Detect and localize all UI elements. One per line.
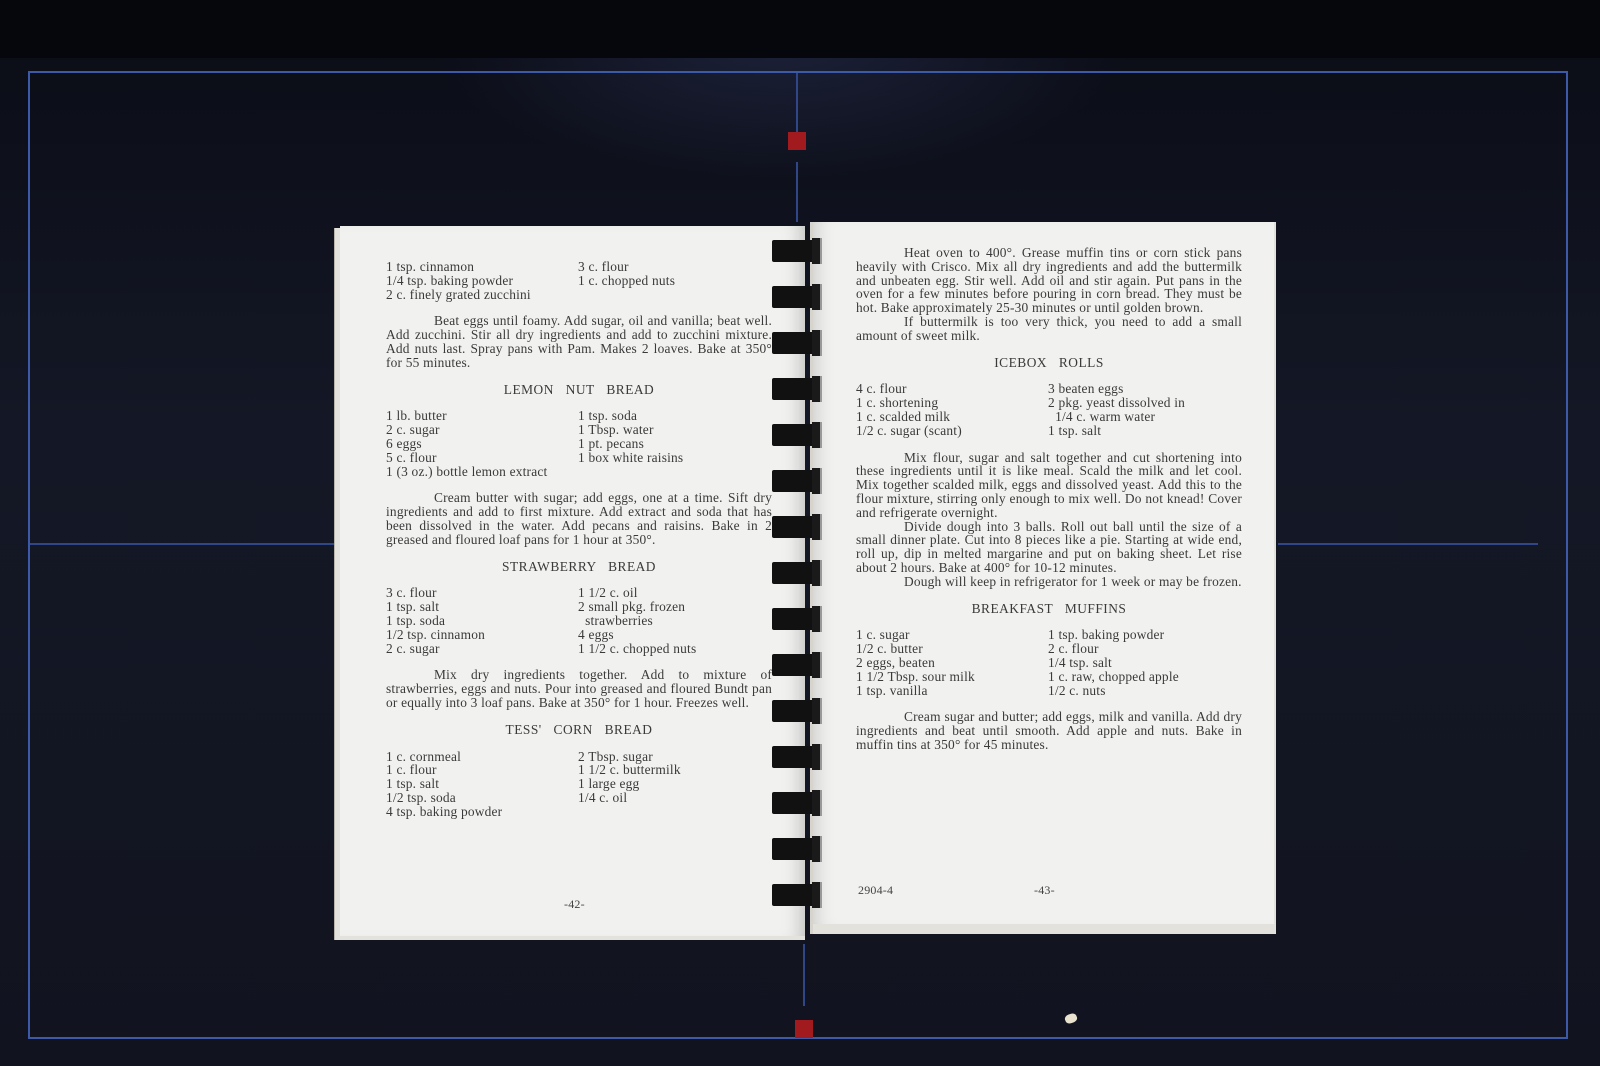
directions: Heat oven to 400°. Grease muffin tins or…	[856, 246, 1242, 315]
ingredients-list: 1 lb. butter 1 tsp. soda 2 c. sugar 1 Tb…	[386, 409, 772, 478]
ingredient: 1/2 c. nuts	[1048, 684, 1242, 698]
crosshair-bottom	[803, 944, 805, 1006]
ingredient: 1 tsp. salt	[1048, 424, 1242, 438]
ingredient: 1/4 c. warm water	[1048, 410, 1242, 424]
ingredient: 5 c. flour	[386, 451, 578, 465]
binding-coil	[772, 514, 826, 540]
right-page: Heat oven to 400°. Grease muffin tins or…	[812, 222, 1274, 924]
ingredient: 2 eggs, beaten	[856, 656, 1048, 670]
binding-coil	[772, 422, 826, 448]
ingredient	[578, 288, 772, 302]
ingredient: 3 beaten eggs	[1048, 382, 1242, 396]
directions: Dough will keep in refrigerator for 1 we…	[856, 575, 1242, 589]
ingredient: 1 (3 oz.) bottle lemon extract	[386, 465, 578, 479]
print-code: 2904-4	[858, 884, 893, 898]
ingredient: 1 tsp. salt	[386, 777, 578, 791]
directions: Beat eggs until foamy. Add sugar, oil an…	[386, 314, 772, 369]
ingredient: 2 c. sugar	[386, 423, 578, 437]
binding-coil	[772, 238, 826, 264]
ingredient: 1 Tbsp. water	[578, 423, 772, 437]
directions: Divide dough into 3 balls. Roll out ball…	[856, 520, 1242, 575]
ingredient: 6 eggs	[386, 437, 578, 451]
directions: Cream butter with sugar; add eggs, one a…	[386, 491, 772, 546]
crosshair-top-lower	[796, 162, 798, 222]
ingredient: 1 box white raisins	[578, 451, 772, 465]
recipe-title: BREAKFAST MUFFINS	[856, 602, 1242, 616]
left-page: 1 tsp. cinnamon 3 c. flour 1/4 tsp. baki…	[340, 226, 805, 936]
ingredient: 1/2 c. butter	[856, 642, 1048, 656]
ingredient: 1 1/2 c. chopped nuts	[578, 642, 772, 656]
ingredient: 1 c. scalded milk	[856, 410, 1048, 424]
directions: Cream sugar and butter; add eggs, milk a…	[856, 710, 1242, 751]
binding-coil	[772, 330, 826, 356]
crosshair-top-upper	[796, 73, 798, 133]
binding-coil	[772, 560, 826, 586]
left-page-content: 1 tsp. cinnamon 3 c. flour 1/4 tsp. baki…	[386, 260, 772, 819]
directions: Mix dry ingredients together. Add to mix…	[386, 668, 772, 709]
binding-coil	[772, 468, 826, 494]
ingredient: 1 lb. butter	[386, 409, 578, 423]
ingredient: 1 c. chopped nuts	[578, 274, 772, 288]
ingredient: strawberries	[578, 614, 772, 628]
ingredient: 1/4 tsp. salt	[1048, 656, 1242, 670]
recipe-title: STRAWBERRY BREAD	[386, 560, 772, 574]
recipe-title: TESS' CORN BREAD	[386, 723, 772, 737]
ingredients-list: 3 c. flour 1 1/2 c. oil 1 tsp. salt 2 sm…	[386, 586, 772, 655]
ingredient	[578, 465, 772, 479]
ingredient: 1/2 c. sugar (scant)	[856, 424, 1048, 438]
ingredient: 1 pt. pecans	[578, 437, 772, 451]
ingredient: 1 tsp. vanilla	[856, 684, 1048, 698]
ingredient: 2 c. finely grated zucchini	[386, 288, 578, 302]
ingredient: 1/4 c. oil	[578, 791, 772, 805]
ingredient: 3 c. flour	[578, 260, 772, 274]
cookbook-spread: 1 tsp. cinnamon 3 c. flour 1/4 tsp. baki…	[340, 222, 1280, 942]
ingredients-list: 1 c. cornmeal 2 Tbsp. sugar 1 c. flour 1…	[386, 750, 772, 819]
ingredient: 1 c. sugar	[856, 628, 1048, 642]
ingredient: 1 c. raw, chopped apple	[1048, 670, 1242, 684]
scanner-top-band	[0, 0, 1600, 58]
recipe-title: ICEBOX ROLLS	[856, 356, 1242, 370]
ingredient: 2 c. sugar	[386, 642, 578, 656]
ingredient: 1 c. flour	[386, 763, 578, 777]
ingredient: 1 tsp. baking powder	[1048, 628, 1242, 642]
binding-coil	[772, 284, 826, 310]
ingredient	[578, 805, 772, 819]
binding-coil	[772, 744, 826, 770]
ingredient: 1 tsp. soda	[386, 614, 578, 628]
ingredient: 2 pkg. yeast dissolved in	[1048, 396, 1242, 410]
ingredient: 1 1/2 c. buttermilk	[578, 763, 772, 777]
ingredients-list: 4 c. flour 3 beaten eggs 1 c. shortening…	[856, 382, 1242, 437]
ingredient: 4 c. flour	[856, 382, 1048, 396]
binding-coil	[772, 882, 826, 908]
directions: Mix flour, sugar and salt together and c…	[856, 451, 1242, 520]
recipe-title: LEMON NUT BREAD	[386, 383, 772, 397]
ingredient: 1/2 tsp. soda	[386, 791, 578, 805]
intro-ingredients: 1 tsp. cinnamon 3 c. flour 1/4 tsp. baki…	[386, 260, 772, 301]
binding-coil	[772, 790, 826, 816]
ingredient: 2 c. flour	[1048, 642, 1242, 656]
ingredient: 4 eggs	[578, 628, 772, 642]
binding-coil	[772, 652, 826, 678]
crosshair-left	[30, 543, 340, 545]
ingredient: 2 small pkg. frozen	[578, 600, 772, 614]
ingredients-list: 1 c. sugar 1 tsp. baking powder 1/2 c. b…	[856, 628, 1242, 697]
ingredient: 1 tsp. salt	[386, 600, 578, 614]
ingredient: 1/4 tsp. baking powder	[386, 274, 578, 288]
ingredient: 1 c. shortening	[856, 396, 1048, 410]
ingredient: 4 tsp. baking powder	[386, 805, 578, 819]
ingredient: 3 c. flour	[386, 586, 578, 600]
ingredient: 1 1/2 c. oil	[578, 586, 772, 600]
ingredient: 1 tsp. cinnamon	[386, 260, 578, 274]
ingredient: 1 tsp. soda	[578, 409, 772, 423]
ingredient: 2 Tbsp. sugar	[578, 750, 772, 764]
binding-coil	[772, 836, 826, 862]
ingredient: 1 large egg	[578, 777, 772, 791]
ingredient: 1 c. cornmeal	[386, 750, 578, 764]
page-number-right: -43-	[1034, 884, 1055, 898]
binding-coil	[772, 376, 826, 402]
ingredient: 1/2 tsp. cinnamon	[386, 628, 578, 642]
crosshair-right	[1278, 543, 1538, 545]
binding-coil	[772, 698, 826, 724]
page-number-left: -42-	[564, 898, 585, 912]
ingredient: 1 1/2 Tbsp. sour milk	[856, 670, 1048, 684]
registration-marker-top	[788, 132, 806, 150]
binding-coil	[772, 606, 826, 632]
registration-marker-bottom	[795, 1020, 813, 1038]
directions: If buttermilk is too very thick, you nee…	[856, 315, 1242, 343]
right-page-content: Heat oven to 400°. Grease muffin tins or…	[856, 246, 1242, 752]
